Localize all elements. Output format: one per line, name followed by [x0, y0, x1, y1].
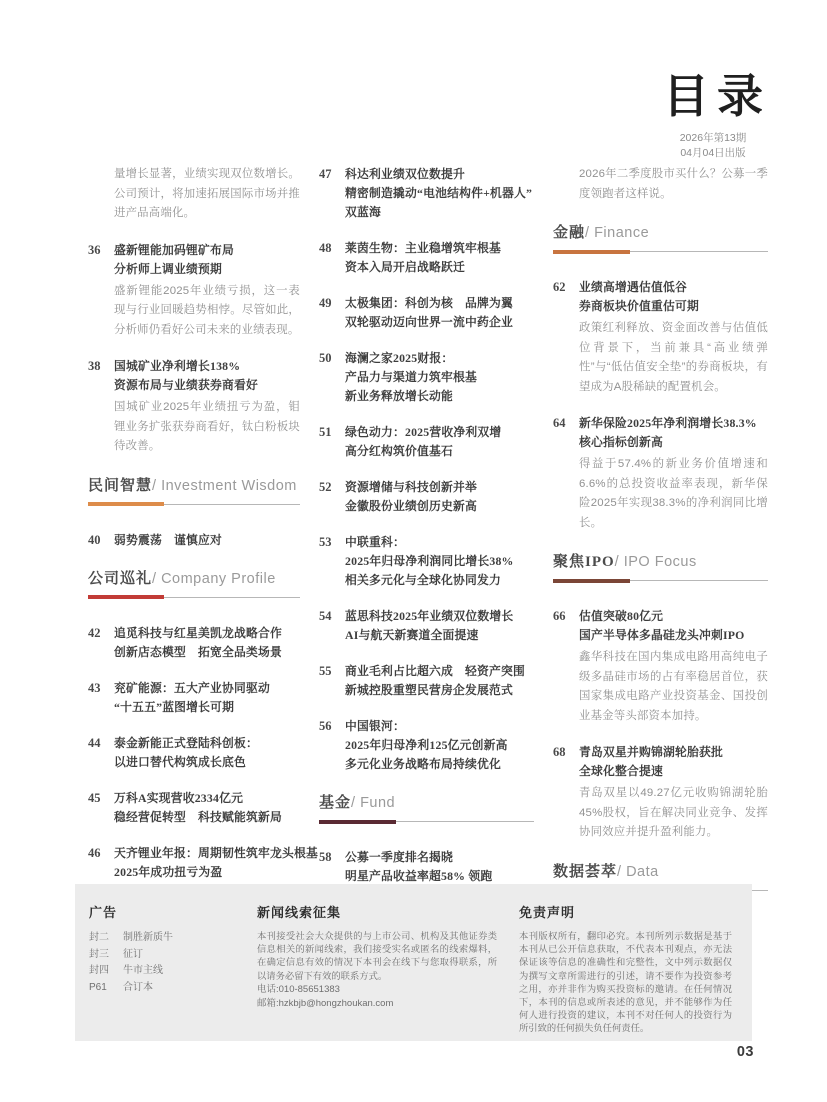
news-tips-heading: 新闻线索征集	[257, 902, 497, 921]
section-accent-bar	[553, 579, 630, 583]
entry-title-line: 券商板块价值重估可期	[579, 297, 768, 316]
entry-title-line: 业绩高增遇估值低谷	[579, 278, 768, 297]
entry-page-number: 43	[88, 679, 114, 717]
entry-body: 科达利业绩双位数提升精密制造撬动“电池结构件+机器人”双蓝海	[345, 165, 532, 222]
toc-column-1: 量增长显著，业绩实现双位数增长。公司预计，将加速拓展国际市场并推进产品高端化。3…	[88, 165, 300, 952]
toc-entry: 52资源增储与科技创新并举金徽股份业绩创历史新高	[319, 478, 534, 516]
ad-position: 封二	[89, 930, 123, 947]
entry-title-line: 新城控股重塑民营房企发展范式	[345, 681, 525, 700]
entry-page-number: 68	[553, 743, 579, 843]
entry-title-line: 弱势震荡 谨慎应对	[114, 531, 222, 550]
entry-page-number: 36	[88, 241, 114, 341]
entry-page-number: 62	[553, 278, 579, 397]
entry-title-line: 多元化业务战略布局持续优化	[345, 755, 508, 774]
section-header: 基金/ Fund	[319, 791, 534, 826]
toc-entry: 48莱茵生物：主业稳增筑牢根基资本入局开启战略跃迁	[319, 239, 534, 277]
ad-name: 合订本	[123, 980, 153, 997]
entry-title-line: 中国银河：	[345, 717, 508, 736]
entry-title-line: AI与航天新赛道全面提速	[345, 626, 513, 645]
toc-entry: 40弱势震荡 谨慎应对	[88, 531, 300, 550]
entry-title-line: 稳经营促转型 科技赋能筑新局	[114, 808, 282, 827]
entry-title-line: 追觅科技与红星美凯龙战略合作	[114, 624, 282, 643]
entry-title-line: 双蓝海	[345, 203, 532, 222]
entry-page-number: 52	[319, 478, 345, 516]
ad-position: 封三	[89, 947, 123, 964]
section-divider	[553, 580, 768, 585]
entry-page-number: 58	[319, 848, 345, 886]
section-divider	[88, 504, 300, 509]
entry-title-line: 天齐锂业年报：周期韧性筑牢龙头根基	[114, 844, 300, 863]
entry-body: 资源增储与科技创新并举金徽股份业绩创历史新高	[345, 478, 477, 516]
entry-title-line: 太极集团：科创为核 品牌为翼	[345, 294, 513, 313]
entry-page-number: 46	[88, 844, 114, 882]
entry-title-line: 高分红构筑价值基石	[345, 442, 501, 461]
section-title-en: / Data	[617, 864, 659, 880]
entry-page-number: 50	[319, 349, 345, 406]
toc-entry: 66估值突破80亿元国产半导体多晶硅龙头冲刺IPO鑫华科技在国内集成电路用高纯电…	[553, 607, 768, 726]
toc-entry: 43兖矿能源：五大产业协同驱动“十五五”蓝图增长可期	[88, 679, 300, 717]
section-title: 基金/ Fund	[319, 791, 534, 812]
section-accent-bar	[88, 502, 164, 506]
section-title-en: / Fund	[351, 795, 395, 811]
entry-title-line: 全球化整合提速	[579, 762, 768, 781]
entry-title-line: 蓝思科技2025年业绩双位数增长	[345, 607, 513, 626]
entry-body: 新华保险2025年净利润增长38.3%核心指标创新高得益于57.4%的新业务价值…	[579, 414, 768, 533]
entry-title-line: 莱茵生物：主业稳增筑牢根基	[345, 239, 501, 258]
disclaimer-heading: 免责声明	[519, 902, 732, 921]
continued-abstract: 量增长显著，业绩实现双位数增长。公司预计，将加速拓展国际市场并推进产品高端化。	[88, 165, 300, 224]
entry-title-line: 2025年归母净利125亿元创新高	[345, 736, 508, 755]
section-divider	[319, 821, 534, 826]
entry-title-line: 青岛双星并购锦湖轮胎获批	[579, 743, 768, 762]
toc-column-3: 2026年二季度股市买什么？公募一季度领跑者这样说。金融/ Finance62业…	[553, 165, 768, 952]
toc-entry: 44泰金新能正式登陆科创板：以进口替代构筑成长底色	[88, 734, 300, 772]
entry-page-number: 51	[319, 423, 345, 461]
entry-title-line: 相关多元化与全球化协同发力	[345, 571, 514, 590]
section-title: 民间智慧/ Investment Wisdom	[88, 474, 300, 495]
page-number: 03	[737, 1044, 754, 1060]
ad-position: P61	[89, 980, 123, 997]
issue-info: 2026年第13期 04月04日出版	[663, 131, 763, 161]
entry-body: 追觅科技与红星美凯龙战略合作创新店态模型 拓宽全品类场景	[114, 624, 282, 662]
entry-page-number: 38	[88, 357, 114, 457]
entry-title-line: 科达利业绩双位数提升	[345, 165, 532, 184]
ad-name: 征订	[123, 947, 143, 964]
entry-page-number: 47	[319, 165, 345, 222]
footer-ads: 广告 封二制胜新质牛封三征订封四牛市主线P61合订本	[89, 902, 235, 1041]
section-title-en: / Investment Wisdom	[152, 478, 297, 494]
entry-abstract: 青岛双星以49.27亿元收购锦湖轮胎45%股权，旨在解决同业竞争、发挥协同效应并…	[579, 784, 768, 843]
page-title: 目录	[663, 72, 771, 123]
ad-name: 牛市主线	[123, 963, 163, 980]
section-accent-bar	[88, 595, 164, 599]
entry-body: 中国银河：2025年归母净利125亿元创新高多元化业务战略布局持续优化	[345, 717, 508, 774]
section-header: 民间智慧/ Investment Wisdom	[88, 474, 300, 509]
entry-body: 天齐锂业年报：周期韧性筑牢龙头根基2025年成功扭亏为盈	[114, 844, 300, 882]
entry-abstract: 国城矿业2025年业绩扭亏为盈，钼锂业务扩张获券商看好，钛白粉板块待改善。	[114, 398, 300, 457]
ad-item: P61合订本	[89, 980, 235, 997]
section-divider	[553, 251, 768, 256]
entry-body: 公募一季度排名揭晓明星产品收益率超58% 领跑	[345, 848, 492, 886]
ad-name: 制胜新质牛	[123, 930, 173, 947]
entry-title-line: “十五五”蓝图增长可期	[114, 698, 270, 717]
entry-body: 蓝思科技2025年业绩双位数增长AI与航天新赛道全面提速	[345, 607, 513, 645]
toc-entry: 36盛新锂能加码锂矿布局分析师上调业绩预期盛新锂能2025年业绩亏损，这一表现与…	[88, 241, 300, 341]
toc-entry: 56中国银河：2025年归母净利125亿元创新高多元化业务战略布局持续优化	[319, 717, 534, 774]
entry-title-line: 双轮驱动迈向世界一流中药企业	[345, 313, 513, 332]
ad-item: 封四牛市主线	[89, 963, 235, 980]
entry-title-line: 2025年归母净利润同比增长38%	[345, 552, 514, 571]
entry-page-number: 53	[319, 533, 345, 590]
entry-page-number: 45	[88, 789, 114, 827]
entry-title-line: 国城矿业净利增长138%	[114, 357, 300, 376]
entry-body: 中联重科：2025年归母净利润同比增长38%相关多元化与全球化协同发力	[345, 533, 514, 590]
section-title-zh: 基金	[319, 795, 351, 811]
entry-title-line: 万科A实现营收2334亿元	[114, 789, 282, 808]
section-title: 金融/ Finance	[553, 221, 768, 242]
section-title-zh: 金融	[553, 225, 585, 241]
section-header: 聚焦IPO/ IPO Focus	[553, 550, 768, 585]
toc-entry: 68青岛双星并购锦湖轮胎获批全球化整合提速青岛双星以49.27亿元收购锦湖轮胎4…	[553, 743, 768, 843]
entry-page-number: 49	[319, 294, 345, 332]
entry-body: 绿色动力：2025营收净利双增高分红构筑价值基石	[345, 423, 501, 461]
entry-page-number: 44	[88, 734, 114, 772]
section-title: 聚焦IPO/ IPO Focus	[553, 550, 768, 571]
section-divider	[88, 597, 300, 602]
toc-entry: 62业绩高增遇估值低谷券商板块价值重估可期政策红利释放、资金面改善与估值低位背景…	[553, 278, 768, 397]
entry-page-number: 42	[88, 624, 114, 662]
entry-title-line: 资源布局与业绩获券商看好	[114, 376, 300, 395]
section-title-en: / IPO Focus	[615, 554, 697, 570]
entry-title-line: 泰金新能正式登陆科创板：	[114, 734, 258, 753]
section-header: 金融/ Finance	[553, 221, 768, 256]
toc-entry: 54蓝思科技2025年业绩双位数增长AI与航天新赛道全面提速	[319, 607, 534, 645]
entry-body: 商业毛利占比超六成 轻资产突围新城控股重塑民营房企发展范式	[345, 662, 525, 700]
toc-entry: 42追觅科技与红星美凯龙战略合作创新店态模型 拓宽全品类场景	[88, 624, 300, 662]
footer-news-tips: 新闻线索征集 本刊接受社会大众提供的与上市公司、机构及其他证券类信息相关的新闻线…	[257, 902, 497, 1041]
entry-page-number: 55	[319, 662, 345, 700]
news-tips-phone: 电话:010-85651383	[257, 983, 497, 997]
ad-item: 封二制胜新质牛	[89, 930, 235, 947]
continued-abstract: 2026年二季度股市买什么？公募一季度领跑者这样说。	[553, 165, 768, 204]
entry-title-line: 金徽股份业绩创历史新高	[345, 497, 477, 516]
ad-position: 封四	[89, 963, 123, 980]
toc-entry: 51绿色动力：2025营收净利双增高分红构筑价值基石	[319, 423, 534, 461]
entry-title-line: 估值突破80亿元	[579, 607, 768, 626]
toc-column-2: 47科达利业绩双位数提升精密制造撬动“电池结构件+机器人”双蓝海48莱茵生物：主…	[319, 165, 534, 952]
entry-page-number: 40	[88, 531, 114, 550]
entry-abstract: 政策红利释放、资金面改善与估值低位背景下，当前兼具“高业绩弹性”与“低估值安全垫…	[579, 319, 768, 397]
entry-title-line: 新业务释放增长动能	[345, 387, 477, 406]
entry-title-line: 商业毛利占比超六成 轻资产突围	[345, 662, 525, 681]
entry-page-number: 64	[553, 414, 579, 533]
toc-entry: 38国城矿业净利增长138%资源布局与业绩获券商看好国城矿业2025年业绩扭亏为…	[88, 357, 300, 457]
entry-title-line: 绿色动力：2025营收净利双增	[345, 423, 501, 442]
entry-title-line: 资本入局开启战略跃迁	[345, 258, 501, 277]
entry-title-line: 海澜之家2025财报：	[345, 349, 477, 368]
news-tips-body: 本刊接受社会大众提供的与上市公司、机构及其他证券类信息相关的新闻线索，我们接受实…	[257, 930, 497, 983]
entry-body: 弱势震荡 谨慎应对	[114, 531, 222, 550]
toc-entry: 50海澜之家2025财报：产品力与渠道力筑牢根基新业务释放增长动能	[319, 349, 534, 406]
entry-title-line: 国产半导体多晶硅龙头冲刺IPO	[579, 626, 768, 645]
entry-body: 估值突破80亿元国产半导体多晶硅龙头冲刺IPO鑫华科技在国内集成电路用高纯电子级…	[579, 607, 768, 726]
section-title: 数据荟萃/ Data	[553, 860, 768, 881]
section-title: 公司巡礼/ Company Profile	[88, 567, 300, 588]
entry-title-line: 新华保险2025年净利润增长38.3%	[579, 414, 768, 433]
entry-abstract: 得益于57.4%的新业务价值增速和6.6%的总投资收益率表现，新华保险2025年…	[579, 455, 768, 533]
entry-body: 太极集团：科创为核 品牌为翼双轮驱动迈向世界一流中药企业	[345, 294, 513, 332]
toc-page: 目录 2026年第13期 04月04日出版 量增长显著，业绩实现双位数增长。公司…	[0, 0, 827, 1102]
masthead: 目录 2026年第13期 04月04日出版	[663, 72, 763, 161]
entry-title-line: 以进口替代构筑成长底色	[114, 753, 258, 772]
publish-date: 04月04日出版	[663, 146, 763, 161]
toc-entry: 58公募一季度排名揭晓明星产品收益率超58% 领跑	[319, 848, 534, 886]
entry-abstract: 鑫华科技在国内集成电路用高纯电子级多晶硅市场的占有率稳居首位，获国家集成电路产业…	[579, 648, 768, 726]
section-title-zh: 数据荟萃	[553, 864, 617, 880]
entry-body: 泰金新能正式登陆科创板：以进口替代构筑成长底色	[114, 734, 258, 772]
issue-number: 2026年第13期	[663, 131, 763, 146]
ad-item: 封三征订	[89, 947, 235, 964]
entry-title-line: 精密制造撬动“电池结构件+机器人”	[345, 184, 532, 203]
entry-body: 青岛双星并购锦湖轮胎获批全球化整合提速青岛双星以49.27亿元收购锦湖轮胎45%…	[579, 743, 768, 843]
entry-body: 万科A实现营收2334亿元稳经营促转型 科技赋能筑新局	[114, 789, 282, 827]
toc-entry: 46天齐锂业年报：周期韧性筑牢龙头根基2025年成功扭亏为盈	[88, 844, 300, 882]
section-accent-bar	[553, 250, 630, 254]
ads-heading: 广告	[89, 902, 235, 921]
entry-body: 海澜之家2025财报：产品力与渠道力筑牢根基新业务释放增长动能	[345, 349, 477, 406]
section-accent-bar	[319, 820, 396, 824]
ads-list: 封二制胜新质牛封三征订封四牛市主线P61合订本	[89, 930, 235, 996]
news-tips-email: 邮箱:hzkbjb@hongzhoukan.com	[257, 997, 497, 1011]
entry-title-line: 核心指标创新高	[579, 433, 768, 452]
entry-body: 莱茵生物：主业稳增筑牢根基资本入局开启战略跃迁	[345, 239, 501, 277]
section-title-en: / Finance	[585, 225, 649, 241]
toc-entry: 64新华保险2025年净利润增长38.3%核心指标创新高得益于57.4%的新业务…	[553, 414, 768, 533]
entry-title-line: 中联重科：	[345, 533, 514, 552]
section-header: 公司巡礼/ Company Profile	[88, 567, 300, 602]
entry-page-number: 48	[319, 239, 345, 277]
toc-entry: 47科达利业绩双位数提升精密制造撬动“电池结构件+机器人”双蓝海	[319, 165, 534, 222]
entry-title-line: 2025年成功扭亏为盈	[114, 863, 300, 882]
entry-title-line: 兖矿能源：五大产业协同驱动	[114, 679, 270, 698]
section-title-zh: 民间智慧	[88, 478, 152, 494]
footer-disclaimer: 免责声明 本刊版权所有，翻印必究。本刊所列示数据是基于本刊从已公开信息获取，不代…	[519, 902, 732, 1041]
toc-columns: 量增长显著，业绩实现双位数增长。公司预计，将加速拓展国际市场并推进产品高端化。3…	[88, 165, 768, 952]
entry-title-line: 盛新锂能加码锂矿布局	[114, 241, 300, 260]
toc-entry: 45万科A实现营收2334亿元稳经营促转型 科技赋能筑新局	[88, 789, 300, 827]
entry-title-line: 资源增储与科技创新并举	[345, 478, 477, 497]
entry-body: 盛新锂能加码锂矿布局分析师上调业绩预期盛新锂能2025年业绩亏损，这一表现与行业…	[114, 241, 300, 341]
entry-page-number: 56	[319, 717, 345, 774]
entry-title-line: 创新店态模型 拓宽全品类场景	[114, 643, 282, 662]
toc-entry: 53中联重科：2025年归母净利润同比增长38%相关多元化与全球化协同发力	[319, 533, 534, 590]
entry-title-line: 产品力与渠道力筑牢根基	[345, 368, 477, 387]
footer-band: 广告 封二制胜新质牛封三征订封四牛市主线P61合订本 新闻线索征集 本刊接受社会…	[75, 884, 752, 1041]
entry-body: 兖矿能源：五大产业协同驱动“十五五”蓝图增长可期	[114, 679, 270, 717]
disclaimer-body: 本刊版权所有，翻印必究。本刊所列示数据是基于本刊从已公开信息获取，不代表本刊观点…	[519, 930, 732, 1036]
toc-entry: 49太极集团：科创为核 品牌为翼双轮驱动迈向世界一流中药企业	[319, 294, 534, 332]
entry-page-number: 66	[553, 607, 579, 726]
section-title-zh: 公司巡礼	[88, 571, 152, 587]
section-title-zh: 聚焦IPO	[553, 554, 615, 570]
entry-title-line: 公募一季度排名揭晓	[345, 848, 492, 867]
entry-body: 国城矿业净利增长138%资源布局与业绩获券商看好国城矿业2025年业绩扭亏为盈，…	[114, 357, 300, 457]
entry-page-number: 54	[319, 607, 345, 645]
section-title-en: / Company Profile	[152, 571, 276, 587]
entry-title-line: 分析师上调业绩预期	[114, 260, 300, 279]
entry-body: 业绩高增遇估值低谷券商板块价值重估可期政策红利释放、资金面改善与估值低位背景下，…	[579, 278, 768, 397]
toc-entry: 55商业毛利占比超六成 轻资产突围新城控股重塑民营房企发展范式	[319, 662, 534, 700]
entry-abstract: 盛新锂能2025年业绩亏损，这一表现与行业回暖趋势相悖。尽管如此，分析师仍看好公…	[114, 282, 300, 341]
